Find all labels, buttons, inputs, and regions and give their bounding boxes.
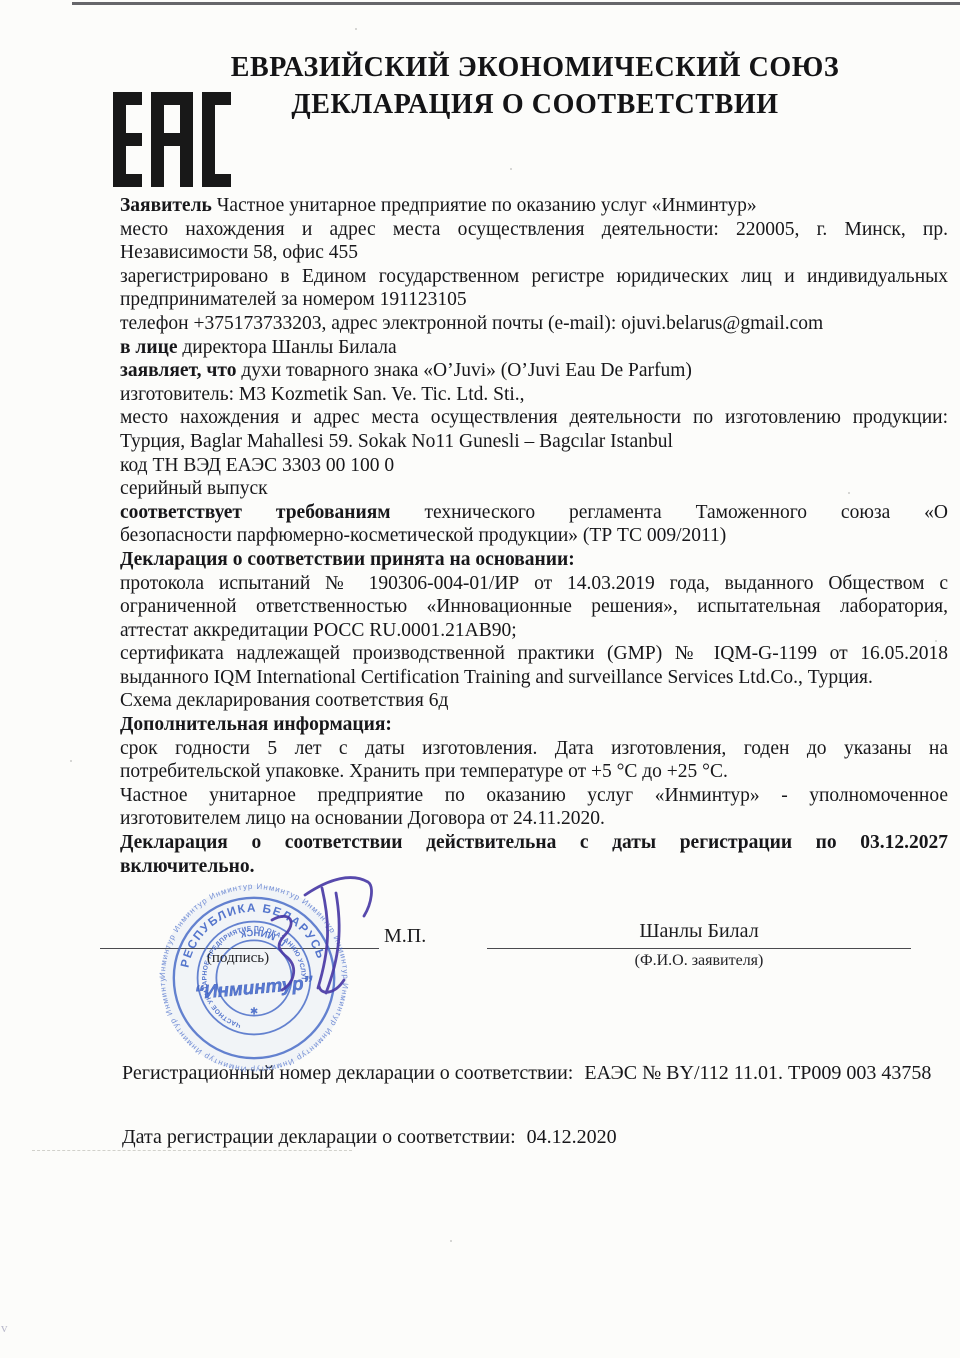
- scan-speckle: [848, 492, 850, 494]
- body-text: Заявитель Частное унитарное предприятие …: [120, 194, 948, 878]
- scan-speckle: [450, 1240, 452, 1242]
- applicant-name-line: [487, 948, 911, 949]
- applicant-name: Шанлы Билал: [487, 920, 911, 943]
- signature: [255, 866, 400, 1011]
- body-line: соответствует требованиям технического р…: [120, 501, 948, 525]
- title-line-2: ДЕКЛАРАЦИЯ О СООТВЕТСТВИИ: [125, 86, 945, 123]
- body-line: изготовителем лицо на основании Договора…: [120, 807, 948, 831]
- body-line: Турция, Baglar Mahallesi 59. Sokak No11 …: [120, 430, 948, 454]
- document-page: ЕВРАЗИЙСКИЙ ЭКОНОМИЧЕСКИЙ СОЮЗ ДЕКЛАРАЦИ…: [0, 0, 960, 1358]
- body-line: аттестат аккредитации РОСС RU.0001.21АВ9…: [120, 619, 948, 643]
- scan-edge-artifact: [72, 2, 960, 5]
- registration-number-value: ЕАЭС № BY/112 11.01. ТР009 003 43758: [584, 1062, 931, 1084]
- body-line: место нахождения и адрес места осуществл…: [120, 218, 948, 242]
- body-line: включительно.: [120, 855, 948, 879]
- body-line: Заявитель Частное унитарное предприятие …: [120, 194, 948, 218]
- body-line: зарегистрировано в Едином государственно…: [120, 265, 948, 289]
- scan-artifact-line: [32, 1150, 352, 1151]
- scan-corner-mark: v: [1, 1320, 8, 1336]
- body-line: ограниченной ответственностью «Инновацио…: [120, 595, 948, 619]
- registration-date-line: Дата регистрации декларации о соответств…: [122, 1126, 617, 1149]
- body-line: место нахождения и адрес места осуществл…: [120, 406, 948, 430]
- body-line: срок годности 5 лет с даты изготовления.…: [120, 737, 948, 761]
- body-line: Независимости 58, офис 455: [120, 241, 948, 265]
- body-line: Декларация о соответствии принята на осн…: [120, 548, 948, 572]
- scan-speckle: [355, 28, 357, 30]
- body-line: изготовитель: M3 Kozmetik San. Ve. Tic. …: [120, 383, 948, 407]
- document-title: ЕВРАЗИЙСКИЙ ЭКОНОМИЧЕСКИЙ СОЮЗ ДЕКЛАРАЦИ…: [125, 49, 945, 123]
- body-line: безопасности парфюмерно-косметической пр…: [120, 524, 948, 548]
- scan-speckle: [70, 760, 72, 762]
- scan-speckle: [935, 640, 937, 642]
- body-line: в лице директора Шанлы Билала: [120, 336, 948, 360]
- body-line: заявляет, что духи товарного знака «O’Ju…: [120, 359, 948, 383]
- body-line: протокола испытаний № 190306-004-01/ИР о…: [120, 572, 948, 596]
- body-line: потребительской упаковке. Хранить при те…: [120, 760, 948, 784]
- body-line: телефон +375173733203, адрес электронной…: [120, 312, 948, 336]
- body-line: серийный выпуск: [120, 477, 948, 501]
- registration-date-label: Дата регистрации декларации о соответств…: [122, 1126, 516, 1148]
- body-line: код ТН ВЭД ЕАЭС 3303 00 100 0: [120, 454, 948, 478]
- body-line: Дополнительная информация:: [120, 713, 948, 737]
- body-line: Декларация о соответствии действительна …: [120, 831, 948, 855]
- body-line: Частное унитарное предприятие по оказани…: [120, 784, 948, 808]
- scan-speckle: [510, 168, 512, 170]
- body-line: выданного IQM International Certificatio…: [120, 666, 948, 690]
- body-line: Схема декларирования соответствия 6д: [120, 689, 948, 713]
- body-line: сертификата надлежащей производственной …: [120, 642, 948, 666]
- registration-date-value: 04.12.2020: [527, 1126, 617, 1148]
- body-line: предпринимателей за номером 191123105: [120, 288, 948, 312]
- title-line-1: ЕВРАЗИЙСКИЙ ЭКОНОМИЧЕСКИЙ СОЮЗ: [125, 49, 945, 86]
- fio-label: (Ф.И.О. заявителя): [487, 952, 911, 970]
